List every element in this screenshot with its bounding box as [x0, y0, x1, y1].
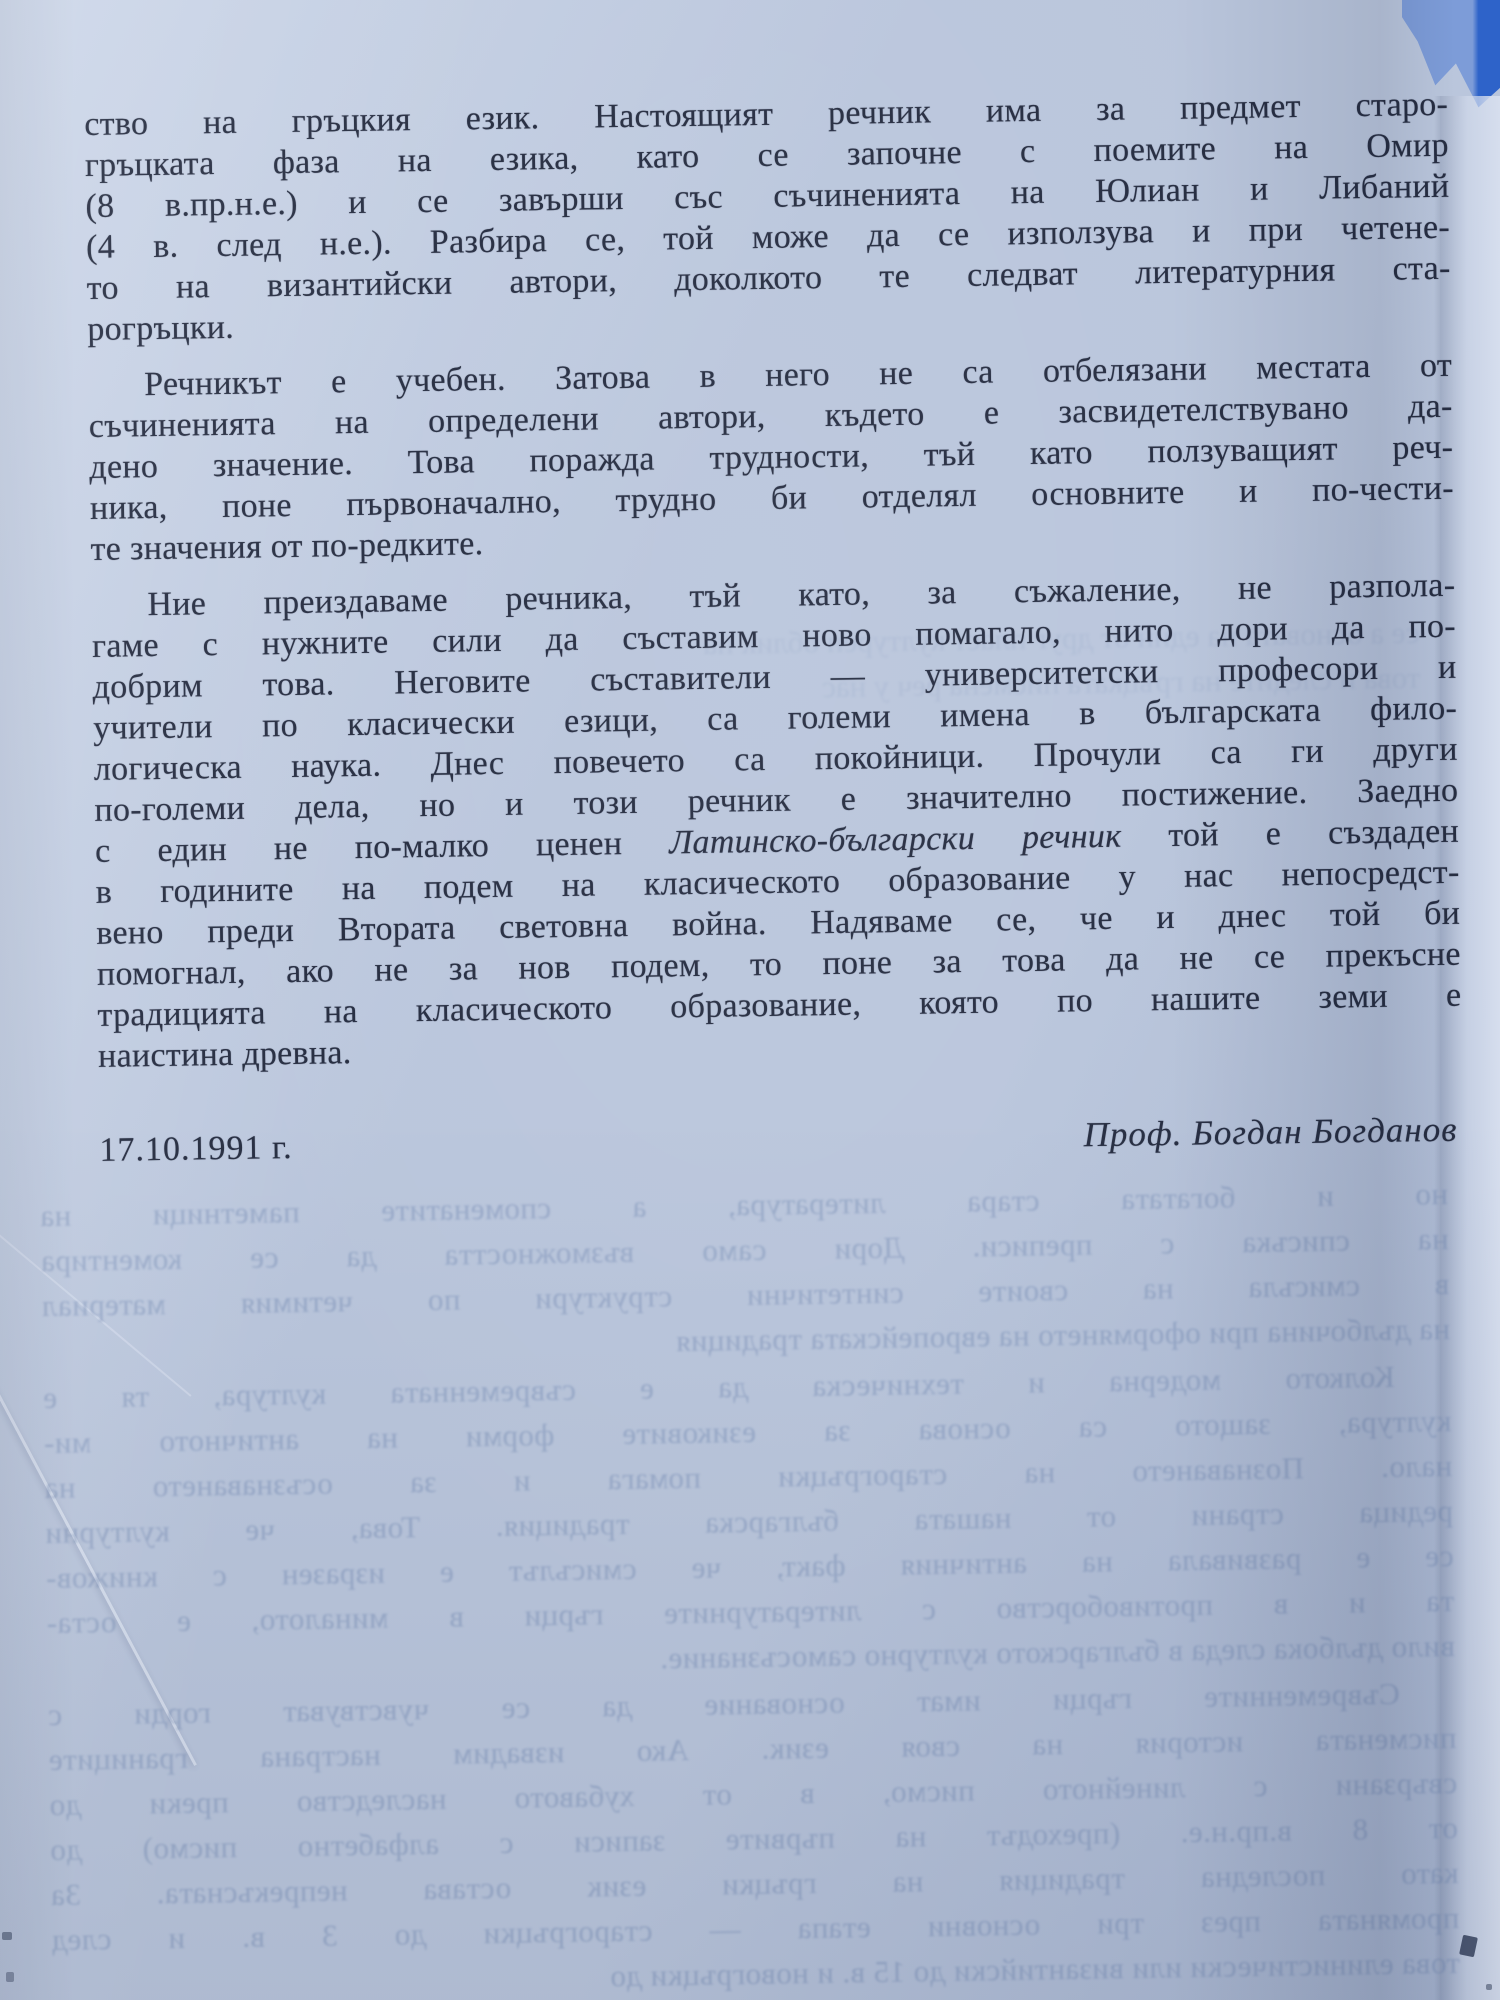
page-text: ство на гръцкия език. Настоящият речник …	[84, 84, 1464, 1171]
paragraph: но и богатата стара литература, а спомен…	[40, 1171, 1451, 1373]
paragraph: ство на гръцкия език. Настоящият речник …	[84, 84, 1451, 350]
date-text: 17.10.1991 г.	[99, 1127, 293, 1171]
byline-row: 17.10.1991 г. Проф. Богдан Богданов	[99, 1109, 1463, 1171]
ink-speck	[6, 1972, 14, 1982]
ink-speck	[2, 1932, 12, 1940]
bleed-through-text: но и богатата стара литература, а спомен…	[40, 1171, 1461, 2000]
book-page-photo: се а основата на един от друг пласт култ…	[0, 0, 1500, 2000]
paragraphs-container: ство на гръцкия език. Настоящият речник …	[84, 84, 1462, 1077]
paragraph: Съвременните гърци имат основание да се …	[48, 1670, 1461, 2000]
signature-text: Проф. Богдан Богданов	[1083, 1109, 1463, 1156]
paragraph: Речникът е учебен. Затова в него не са о…	[88, 345, 1455, 570]
paragraph: Ние преиздаваме речника, тъй като, за съ…	[91, 565, 1462, 1077]
ink-speck	[1486, 1984, 1492, 1990]
paragraph: Колкото модерна и техническа да е съврем…	[43, 1353, 1456, 1690]
